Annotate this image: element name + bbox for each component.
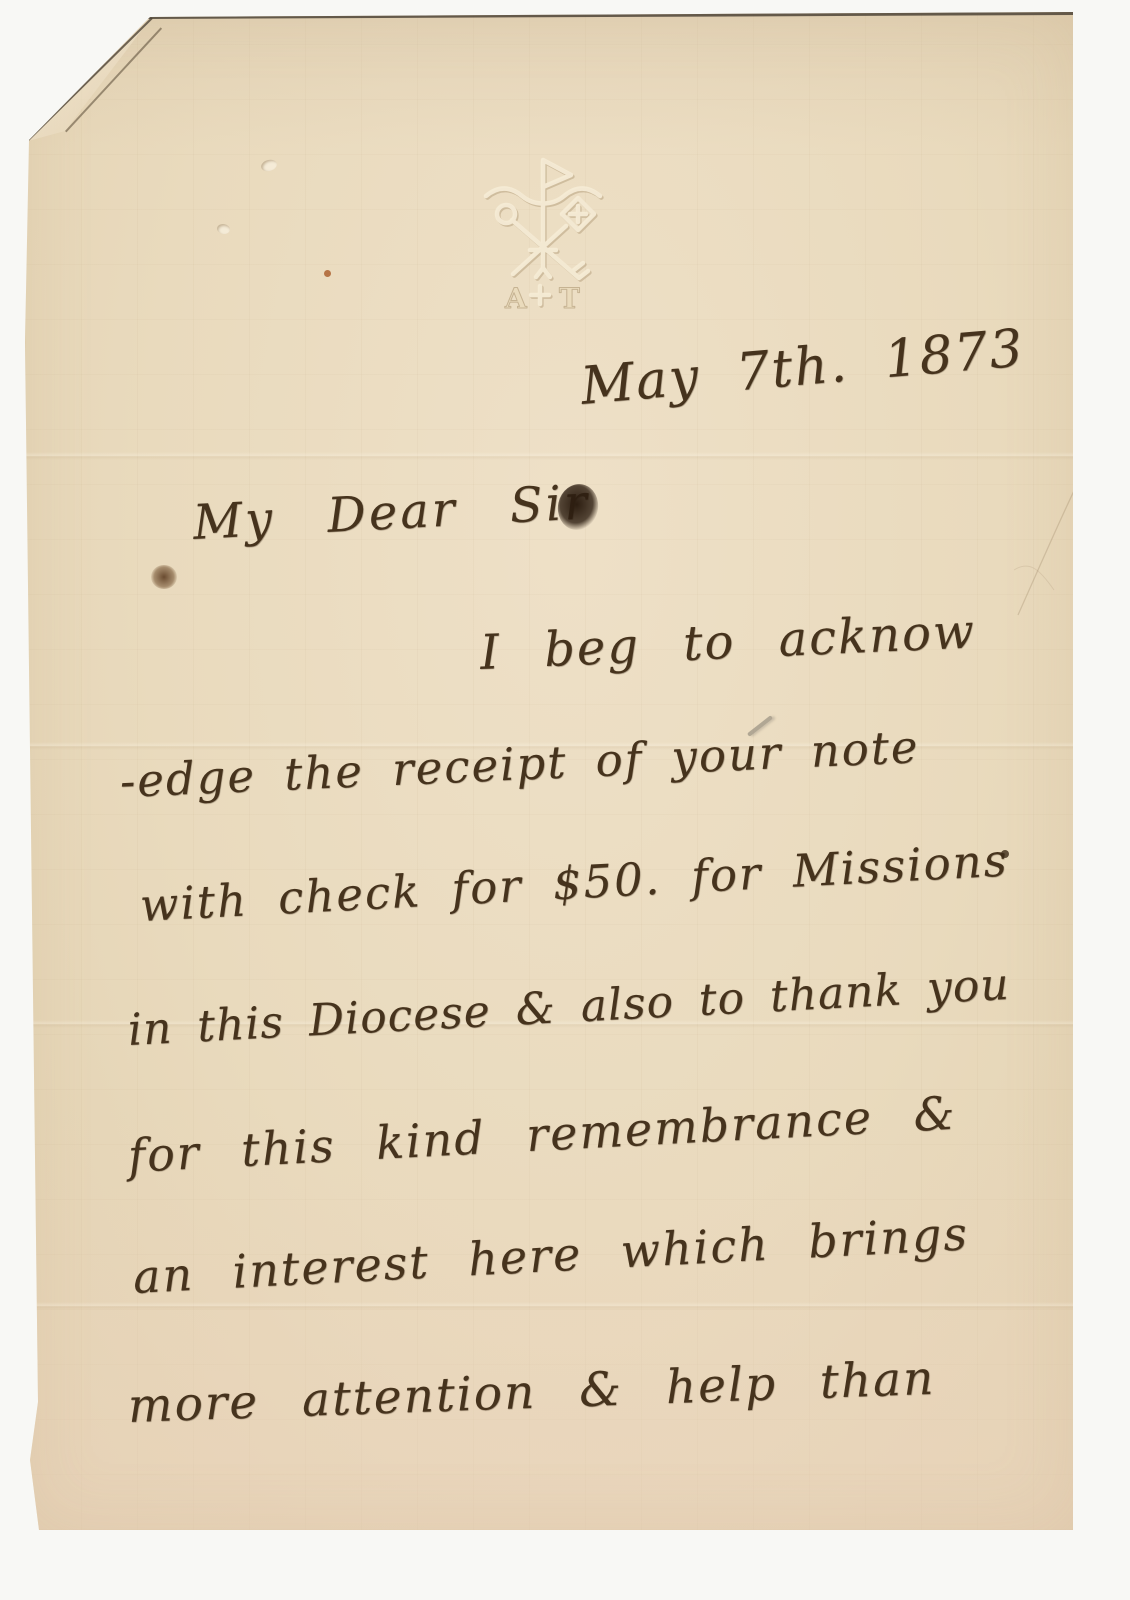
body-line-5: for this kind remembrance & (127, 1090, 958, 1179)
corner-fold (25, 12, 175, 152)
embossed-crossed-keys-crest-icon: A T (477, 148, 613, 312)
paper-top-edge (148, 12, 1074, 19)
crest-letter-right: T (559, 282, 580, 312)
paper-stain (324, 270, 331, 277)
body-line-4: in this Diocese & also to thank you (127, 963, 1011, 1053)
corner-fold-edge (26, 17, 153, 142)
crest-letter-left: A (504, 282, 528, 312)
paper-stain (151, 565, 177, 589)
body-line-2: -edge the receipt of your note (119, 724, 920, 804)
fold-crease (25, 452, 1073, 460)
body-line-3: with check for $50. for Missions (139, 838, 1010, 928)
letter-paper: A T May 7th. 1873 My Dear Sir I beg to a… (25, 12, 1073, 1530)
date-line: May 7th. 1873 (579, 322, 1027, 413)
corner-fold-crease (65, 27, 162, 132)
salutation: My Dear Sir (192, 478, 591, 547)
paper-stain (1001, 850, 1009, 858)
paper-dimple (216, 223, 231, 235)
body-line-6: an interest here which brings (132, 1210, 970, 1300)
scan-background: A T May 7th. 1873 My Dear Sir I beg to a… (0, 0, 1130, 1600)
body-line-7: more attention & help than (127, 1355, 936, 1430)
hairline-scratch (1010, 420, 1110, 630)
fold-crease (25, 1302, 1073, 1310)
body-line-1: I beg to acknow (479, 607, 977, 677)
paper-dimple (260, 158, 278, 173)
